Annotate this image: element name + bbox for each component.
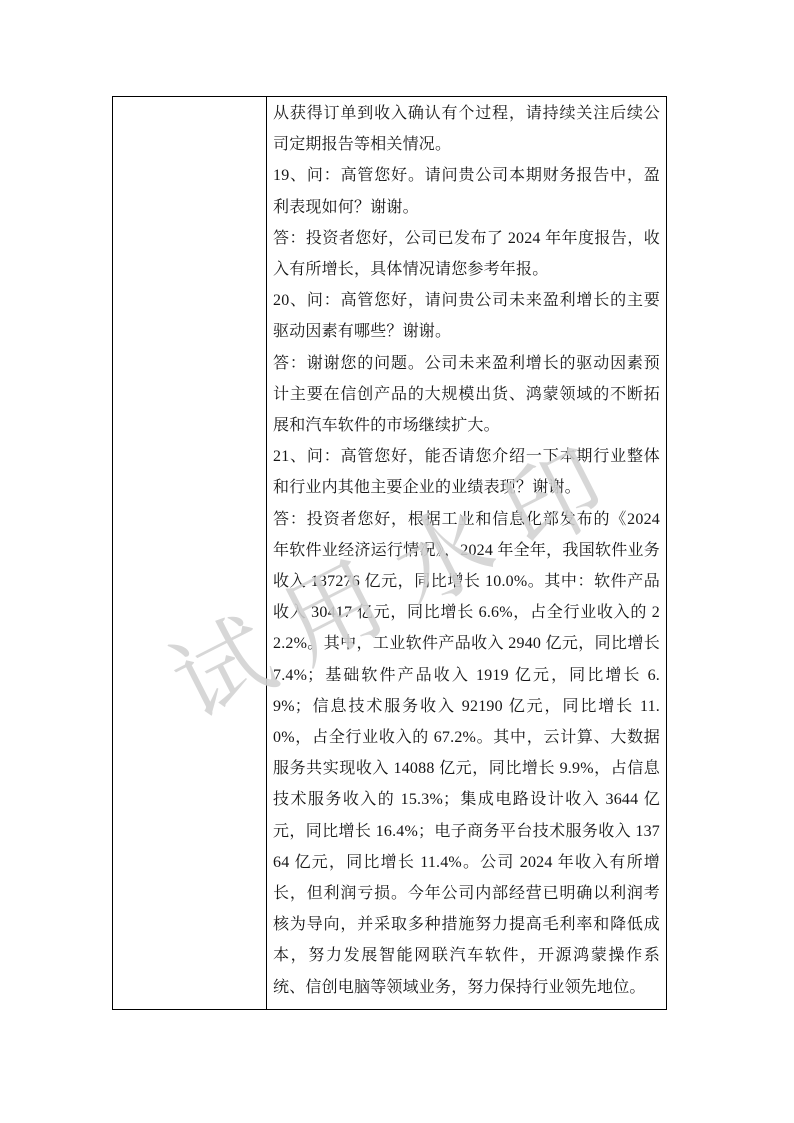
qa-table: 从获得订单到收入确认有个过程，请持续关注后续公司定期报告等相关情况。19、问：高… <box>112 96 667 1010</box>
qa-table-empty-cell <box>113 97 267 1009</box>
qa-paragraph: 20、问：高管您好，请问贵公司未来盈利增长的主要驱动因素有哪些？谢谢。 <box>273 285 660 347</box>
qa-table-content-cell: 从获得订单到收入确认有个过程，请持续关注后续公司定期报告等相关情况。19、问：高… <box>267 97 666 1009</box>
qa-paragraph: 答：投资者您好，公司已发布了 2024 年年度报告，收入有所增长，具体情况请您参… <box>273 223 660 285</box>
document-page: 从获得订单到收入确认有个过程，请持续关注后续公司定期报告等相关情况。19、问：高… <box>0 0 794 1123</box>
qa-paragraph: 19、问：高管您好。请问贵公司本期财务报告中，盈利表现如何？谢谢。 <box>273 160 660 222</box>
qa-paragraph: 答：谢谢您的问题。公司未来盈利增长的驱动因素预计主要在信创产品的大规模出货、鸿蒙… <box>273 348 660 442</box>
qa-paragraph: 答：投资者您好，根据工业和信息化部发布的《2024 年软件业经济运行情况》，20… <box>273 504 660 1003</box>
qa-paragraph: 21、问：高管您好，能否请您介绍一下本期行业整体和行业内其他主要企业的业绩表现？… <box>273 441 660 503</box>
qa-paragraph: 从获得订单到收入确认有个过程，请持续关注后续公司定期报告等相关情况。 <box>273 98 660 160</box>
